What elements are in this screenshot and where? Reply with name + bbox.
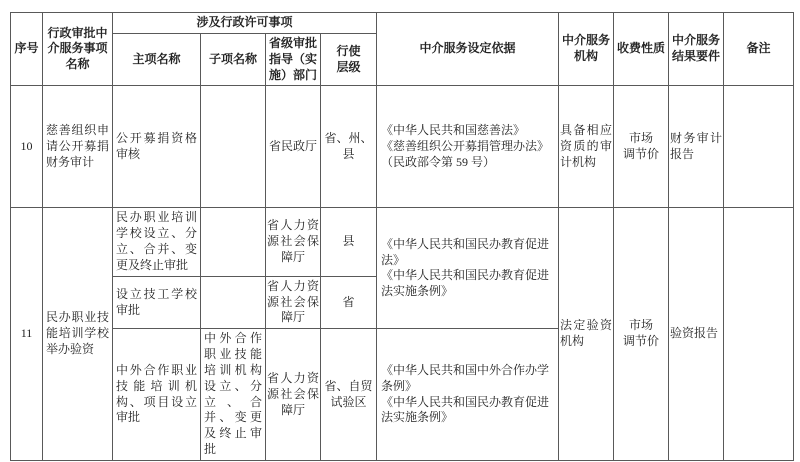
row11-sub3-sub-item: 中外合作职业技能培训机构设立、分立、合并、变更及终止审批 — [201, 329, 266, 461]
row10-agency: 具备相应资质的审计机构 — [559, 86, 614, 208]
header-basis: 中介服务设定依据 — [377, 13, 559, 86]
header-licensing-group: 涉及行政许可事项 — [113, 13, 377, 34]
header-seq: 序号 — [11, 13, 43, 86]
row11-fee-nature: 市场 调节价 — [614, 208, 669, 460]
row11-sub1-main-item: 民办职业培训学校设立、分立、合并、变更及终止审批 — [113, 208, 201, 276]
row11-sub3-department: 省人力资源社会保障厅 — [266, 329, 321, 461]
row10-remark — [724, 86, 794, 208]
header-department: 省级审批指导（实施）部门 — [266, 34, 321, 86]
approval-intermediary-services-table: 序号 行政审批中介服务事项名称 涉及行政许可事项 中介服务设定依据 中介服务机构… — [10, 12, 794, 461]
row11-sub1-level: 县 — [321, 208, 377, 276]
header-result: 中介服务结果要件 — [669, 13, 724, 86]
row11-sub2-sub-item — [201, 276, 266, 328]
table-row-11-sub-1: 11 民办职业技能培训学校举办验资 民办职业培训学校设立、分立、合并、变更及终止… — [11, 208, 794, 276]
row10-main-item: 公开募捐资格审核 — [113, 86, 201, 208]
row11-agency: 法定验资机构 — [559, 208, 614, 460]
header-agency: 中介服务机构 — [559, 13, 614, 86]
row10-seq: 10 — [11, 86, 43, 208]
row10-result: 财务审计报告 — [669, 86, 724, 208]
row11-seq: 11 — [11, 208, 43, 460]
table-row-10: 10 慈善组织申请公开募捐财务审计 公开募捐资格审核 省民政厅 省、州、县 《中… — [11, 86, 794, 208]
document-page: 序号 行政审批中介服务事项名称 涉及行政许可事项 中介服务设定依据 中介服务机构… — [0, 0, 800, 461]
row10-sub-item — [201, 86, 266, 208]
header-level: 行使层级 — [321, 34, 377, 86]
header-item-name: 行政审批中介服务事项名称 — [43, 13, 113, 86]
row11-result: 验资报告 — [669, 208, 724, 460]
header-main-item: 主项名称 — [113, 34, 201, 86]
row11-sub2-department: 省人力资源社会保障厅 — [266, 276, 321, 328]
header-fee-nature: 收费性质 — [614, 13, 669, 86]
row10-level: 省、州、县 — [321, 86, 377, 208]
header-remark: 备注 — [724, 13, 794, 86]
row11-remark — [724, 208, 794, 460]
row11-sub2-main-item: 设立技工学校审批 — [113, 276, 201, 328]
row11-item-name: 民办职业技能培训学校举办验资 — [43, 208, 113, 460]
row11-sub3-main-item: 中外合作职业技能培训机构、项目设立审批 — [113, 329, 201, 461]
row11-basis-sub3: 《中华人民共和国中外合作办学条例》 《中华人民共和国民办教育促进法实施条例》 — [377, 329, 559, 461]
header-row-top: 序号 行政审批中介服务事项名称 涉及行政许可事项 中介服务设定依据 中介服务机构… — [11, 13, 794, 34]
row10-fee-nature: 市场 调节价 — [614, 86, 669, 208]
row11-sub2-level: 省 — [321, 276, 377, 328]
row10-basis: 《中华人民共和国慈善法》 《慈善组织公开募捐管理办法》 （民政部令第 59 号） — [377, 86, 559, 208]
row11-basis-sub1-2: 《中华人民共和国民办教育促进法》 《中华人民共和国民办教育促进法实施条例》 — [377, 208, 559, 329]
row11-sub3-level: 省、自贸试验区 — [321, 329, 377, 461]
row10-department: 省民政厅 — [266, 86, 321, 208]
row11-sub1-department: 省人力资源社会保障厅 — [266, 208, 321, 276]
header-sub-item: 子项名称 — [201, 34, 266, 86]
row10-item-name: 慈善组织申请公开募捐财务审计 — [43, 86, 113, 208]
row11-sub1-sub-item — [201, 208, 266, 276]
